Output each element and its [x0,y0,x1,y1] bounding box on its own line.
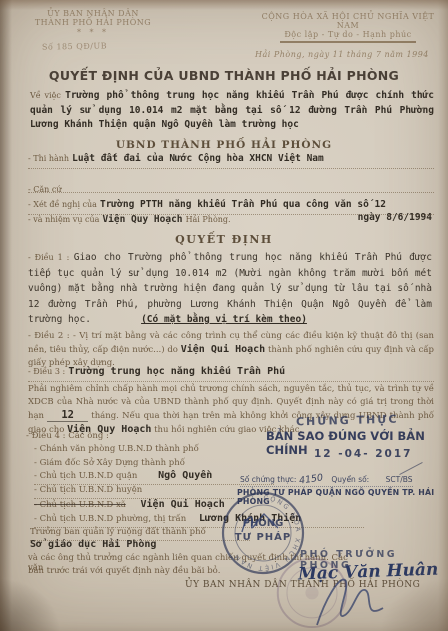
article4-item-4-typed: Viện Qui Hoạch [141,499,225,510]
scanned-decision-document: ỦY BAN NHÂN DÂN THÀNH PHỐ HẢI PHÒNG * * … [0,0,448,631]
issuer-block: ỦY BAN NHÂN DÂN THÀNH PHỐ HẢI PHÒNG * * … [18,9,168,37]
article4-item-5-printed: - Chủ tịch U.B.N.D phường, thị trấn [34,514,186,524]
article1-label: - Điều 1 : [28,253,69,262]
article4-item-0: - Chánh văn phòng U.B.N.D thành phố [34,444,264,454]
article3-handwritten-months: 12 [47,409,88,422]
article4-label: - Điều 4 : Các ông : [26,431,109,441]
subject-text: Trường phổ thông trung học năng khiếu Tr… [30,90,434,130]
preamble-line1-label: - Thi hành [28,154,69,163]
book-value: SCT/BS [386,475,413,484]
preamble-line4-typed: Viện Quy Hoạch [102,214,182,225]
article4-item-7: Sở giáo dục Hải Phòng [30,539,250,550]
article4-item-6-printed: Trưởng ban quản lý ruộng đất thành phố [30,527,206,537]
preamble-line1-text: Luật đất đai của Nước Cộng hòa XHCN Việt… [72,153,324,164]
article4-item-4-printed: - Chủ tịch U.B.N.D xã [34,500,126,510]
pen-checkmark [238,508,282,538]
article4-item-7-typed: Sở giáo dục Hải Phòng [30,539,156,550]
issuer-line2: THÀNH PHỐ HẢI PHÒNG [18,18,168,27]
certification-date: 12 -04- 2017 [314,448,412,460]
article4-item-3: - Chủ tịch U.B.N.D huyện [34,485,234,499]
certification-heading1: CHỨNG THỰC [296,413,399,429]
serial-label: Số chứng thực: [240,475,296,484]
article2: - Điều 2 : - Vị trí mặt bằng và các công… [28,330,434,370]
subject-paragraph: Về việc Trường phổ thông trung học năng … [30,89,434,133]
issuer-stars: * * * [18,28,168,37]
preamble-line2-label: - Căn cứ [28,185,61,194]
national-line2: Độc lập - Tự do - Hạnh phúc [280,30,415,43]
article3-typed-title: Trường trung học năng khiếu Trần Phú [68,366,285,377]
national-line1: CỘNG HÒA XÃ HỘI CHỦ NGHĨA VIỆT NAM [252,12,444,30]
pen-signature-flourish [305,570,395,631]
article3-label: - Điều 3 : [28,367,65,376]
serial-value-handwritten: 4150 [298,472,323,486]
preamble-line4-label: - và nhiệm vụ của [28,215,99,224]
article4-item-0-printed: - Chánh văn phòng U.B.N.D thành phố [34,444,199,454]
doc-number: Số 185 QĐ/UB [42,41,107,51]
certification-serial-line: Số chứng thực: 4150 Quyển số: SCT/BS [240,474,413,487]
document-title: QUYẾT ĐỊNH CỦA UBND THÀNH PHỐ HẢI PHÒNG [0,68,448,83]
decision-heading: QUYẾT ĐỊNH [0,233,448,246]
article4-item-3-printed: - Chủ tịch U.B.N.D huyện [34,485,142,495]
authority-heading: UBND THÀNH PHỐ HẢI PHÒNG [0,139,448,151]
article2-typed: Viện Qui Hoạch [181,344,265,355]
article2-label: - Điều 2 : - [28,331,76,341]
article3-heading: - Điều 3 : Trường trung học năng khiếu T… [28,366,434,382]
article1-note: (Có mặt bằng vị trí kèm theo) [0,314,448,325]
preamble-line4: - và nhiệm vụ của Viện Quy Hoạch Hải Phò… [28,214,434,229]
subject-label: Về việc [30,91,61,100]
issuer-line1: ỦY BAN NHÂN DÂN [18,9,168,18]
dateline: Hải Phòng, ngày 11 tháng 7 năm 1994 [255,50,429,59]
preamble-line4-suffix: Hải Phòng. [186,215,231,224]
article4-item-2-typed: Ngô Quyền [158,470,212,481]
article4-item-1: - Giám đốc Sở Xây Dựng thành phố [34,458,264,468]
preamble-line2: - Căn cứ [28,177,434,193]
preamble-line1: - Thi hành Luật đất đai của Nước Cộng hò… [28,153,434,169]
article4-item-1-printed: - Giám đốc Sở Xây Dựng thành phố [34,458,185,468]
article4-item-2: - Chủ tịch U.B.N.D quận Ngô Quyền [34,470,274,485]
preamble-line3-text: Trường PTTH năng khiếu Trần Phú qua công… [100,199,386,210]
national-motto-block: CỘNG HÒA XÃ HỘI CHỦ NGHĨA VIỆT NAM Độc l… [252,12,444,43]
preamble-line3-label: - Xét đề nghị của [28,200,97,209]
article4-item-5: - Chủ tịch U.B.N.D phường, thị trấn Lươn… [34,513,364,528]
article4-item-2-printed: - Chủ tịch U.B.N.D quận [34,471,137,481]
book-label: Quyển số: [331,475,369,484]
